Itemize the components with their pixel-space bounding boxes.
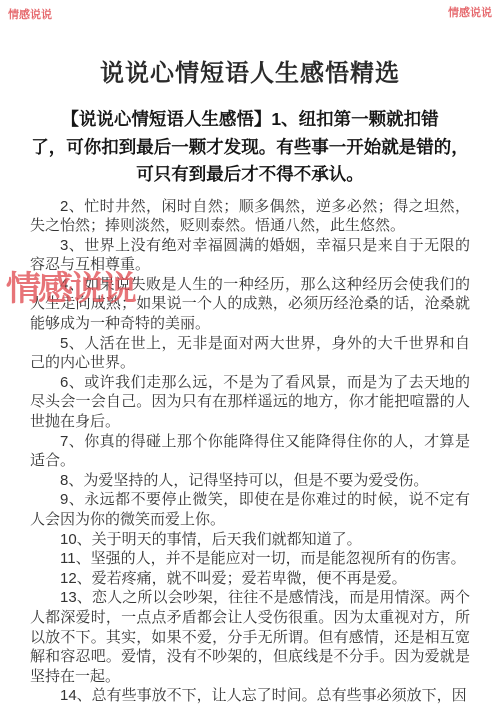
paragraph: 10、关于明天的事情，后天我们就都知道了。: [30, 530, 470, 550]
paragraph: 6、或许我们走那么远，不是为了看风景，而是为了去天地的尽头会一会自己。因为只有在…: [30, 373, 470, 432]
paragraph: 3、世界上没有绝对幸福圆满的婚姻，幸福只是来自于无限的容忍与互相尊重。: [30, 236, 470, 275]
paragraph-list: 2、忙时井然，闲时自然；顺多偶然，逆多必然；得之坦然，失之怡然；捧则淡然，贬则泰…: [30, 197, 470, 706]
intro-line-2: 了，可你扣到最后一颗才发现。有些事一开始就是错的，: [28, 134, 472, 162]
paragraph: 11、坚强的人，并不是能应对一切，而是能忽视所有的伤害。: [30, 549, 470, 569]
paragraph: 12、爱若疼痛，就不叫爱；爱若卑微，便不再是爱。: [30, 569, 470, 589]
paragraph: 13、恋人之所以会吵架，往往不是感情浅，而是用情深。两个人都深爱时，一点点矛盾都…: [30, 588, 470, 686]
paragraph: 9、永远都不要停止微笑，即使在是你难过的时候，说不定有人会因为你的微笑而爱上你。: [30, 490, 470, 529]
paragraph: 14、总有些事放不下，让人忘了时间。总有些事必须放下，因: [30, 686, 470, 706]
paragraph: 4、如果说失败是人生的一种经历，那么这种经历会使我们的人生走向成熟；如果说一个人…: [30, 275, 470, 334]
paragraph: 2、忙时井然，闲时自然；顺多偶然，逆多必然；得之坦然，失之怡然；捧则淡然，贬则泰…: [30, 197, 470, 236]
corner-watermark-right: 情感说说: [448, 4, 492, 20]
corner-watermark-left: 情感说说: [8, 6, 52, 22]
paragraph: 8、为爱坚持的人，记得坚持可以，但是不要为爱受伤。: [30, 471, 470, 491]
intro-paragraph: 【说说心情短语人生感悟】1、纽扣第一颗就扣错 了，可你扣到最后一颗才发现。有些事…: [28, 106, 472, 189]
paragraph: 7、你真的得碰上那个你能降得住又能降得住你的人，才算是适合。: [30, 432, 470, 471]
intro-line-1: 【说说心情短语人生感悟】1、纽扣第一颗就扣错: [28, 106, 472, 134]
document-page: 情感说说 情感说说 说说心情短语人生感悟精选 【说说心情短语人生感悟】1、纽扣第…: [0, 0, 500, 707]
paragraph: 5、人活在世上，无非是面对两大世界，身外的大千世界和自己的内心世界。: [30, 334, 470, 373]
page-title: 说说心情短语人生感悟精选: [30, 58, 470, 90]
intro-line-3: 可只有到最后才不得不承认。: [28, 161, 472, 189]
